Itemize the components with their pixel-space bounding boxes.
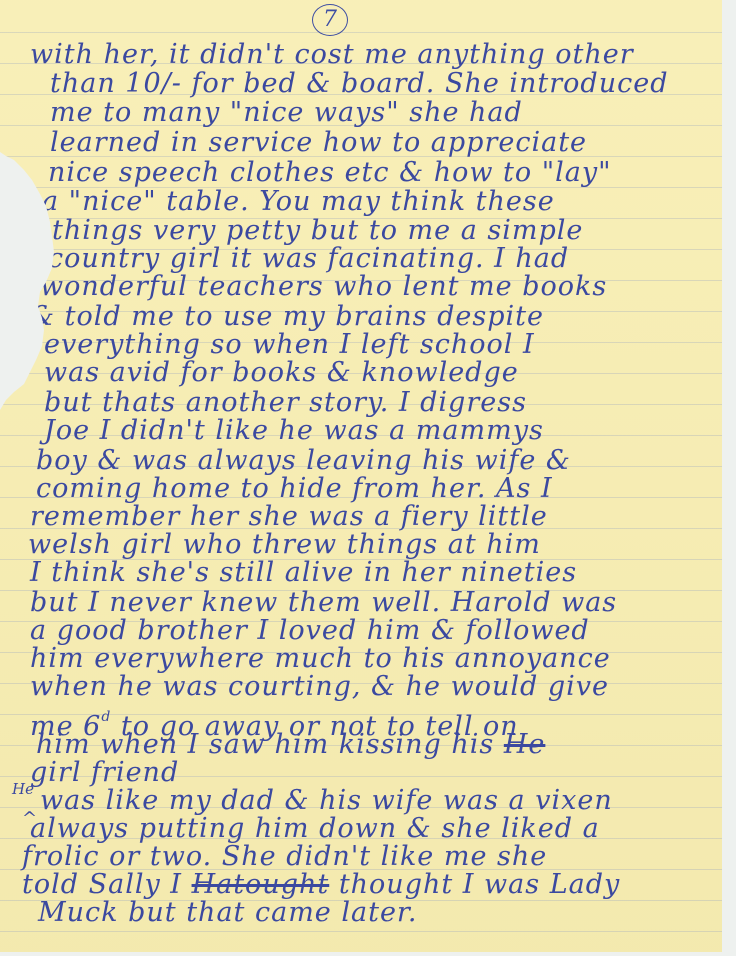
text-line: Joe I didn't like he was a mammys — [44, 416, 544, 446]
struck-word: Hatought — [192, 869, 330, 900]
text-line: I think she's still alive in her ninetie… — [30, 558, 577, 588]
text-line: frolic or two. She didn't like me she — [22, 842, 547, 872]
text-line: everything so when I left school I — [44, 330, 535, 360]
text-segment: thought I was Lady — [329, 869, 620, 900]
page-number-circled: 7 — [312, 4, 348, 36]
text-line: was like my dad & his wife was a vixen — [40, 786, 613, 816]
margin-insertion: He — [12, 780, 34, 798]
text-line: remember her she was a fiery little — [30, 502, 548, 532]
text-line: wonderful teachers who lent me books — [40, 272, 607, 302]
text-line: a "nice" table. You may think these — [42, 187, 555, 217]
text-line: country girl it was facinating. I had — [48, 244, 569, 274]
text-line: but thats another story. I digress — [44, 388, 527, 418]
text-line: a good brother I loved him & followed — [30, 616, 590, 646]
text-line: boy & was always leaving his wife & — [36, 446, 571, 476]
text-line: me to many "nice ways" she had — [50, 98, 523, 128]
text-line: than 10/- for bed & board. She introduce… — [50, 69, 668, 99]
text-line: always putting him down & she liked a — [30, 814, 600, 844]
text-line: him when I saw him kissing his He — [36, 730, 545, 760]
text-line: nice speech clothes etc & how to "lay" — [48, 158, 612, 188]
text-line: learned in service how to appreciate — [50, 128, 587, 158]
text-line: but I never knew them well. Harold was — [30, 588, 617, 618]
text-line: Muck but that came later. — [38, 898, 417, 928]
text-line: girl friend — [30, 758, 179, 788]
letter-page: 7 with her, it didn't cost me anything o… — [0, 0, 722, 952]
text-line: was avid for books & knowledge — [44, 358, 519, 388]
text-line: things very petty but to me a simple — [52, 216, 583, 246]
text-line: welsh girl who threw things at him — [28, 530, 541, 560]
text-segment: told Sally I — [22, 869, 192, 900]
text-line: when he was courting, & he would give — [30, 672, 609, 702]
text-line: & told me to use my brains despite — [30, 302, 544, 332]
struck-word: He — [504, 729, 546, 760]
text-line: coming home to hide from her. As I — [36, 474, 553, 504]
text-line: him everywhere much to his annoyance — [30, 644, 611, 674]
pence-superscript: d — [101, 709, 111, 725]
text-segment: him when I saw him kissing his — [36, 729, 504, 760]
text-line: told Sally I Hatought thought I was Lady — [22, 870, 620, 900]
text-line: with her, it didn't cost me anything oth… — [30, 40, 634, 70]
